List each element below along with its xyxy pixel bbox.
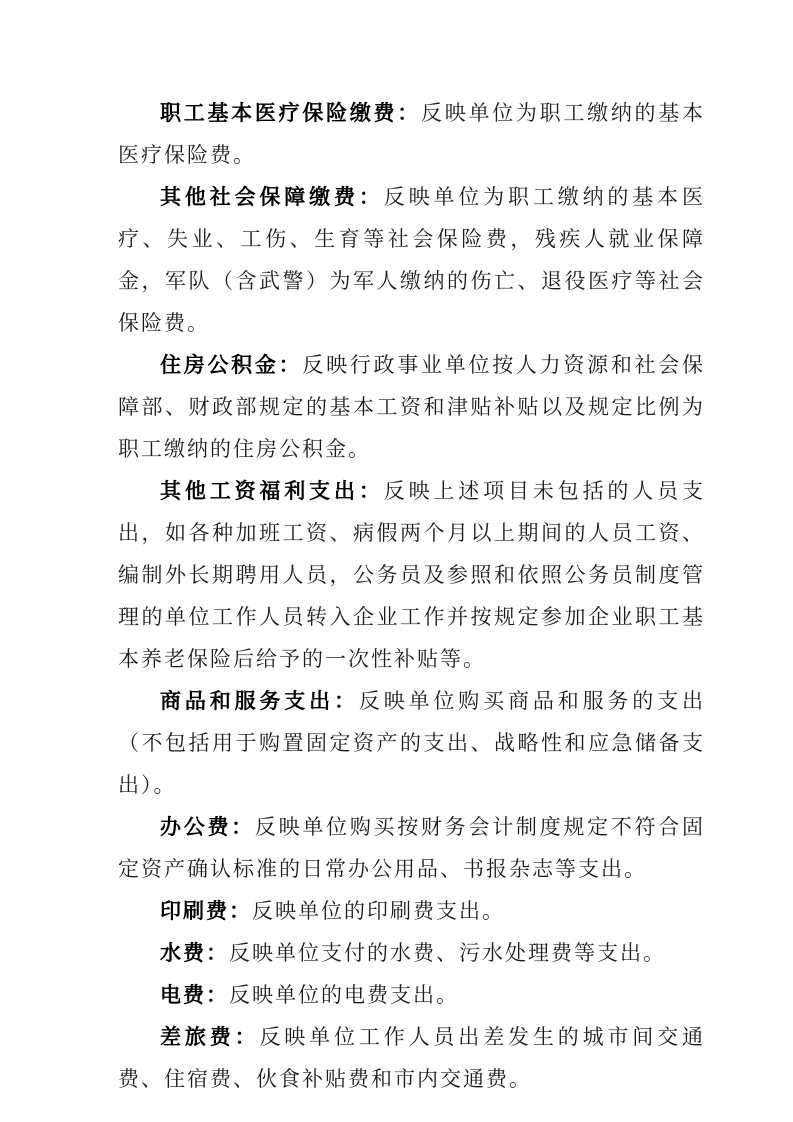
paragraph-electricity-fee: 电费：反映单位的电费支出。	[118, 974, 705, 1016]
paragraph-term: 水费：	[160, 941, 229, 965]
paragraph-other-social-security-contributions: 其他社会保障缴费：反映单位为职工缴纳的基本医疗、失业、工伤、生育等社会保险费，残…	[118, 176, 705, 344]
paragraph-term: 职工基本医疗保险缴费：	[160, 101, 421, 125]
paragraph-term: 其他工资福利支出：	[160, 479, 384, 503]
paragraph-water-fee: 水费：反映单位支付的水费、污水处理费等支出。	[118, 932, 705, 974]
paragraph-text: 反映上述项目未包括的人员支出，如各种加班工资、病假两个月以上期间的人员工资、编制…	[118, 479, 705, 671]
paragraph-term: 电费：	[160, 983, 229, 1007]
paragraph-text: 反映单位的印刷费支出。	[252, 899, 505, 923]
paragraph-text: 反映单位支付的水费、污水处理费等支出。	[229, 941, 666, 965]
paragraph-employee-basic-medical-insurance: 职工基本医疗保险缴费：反映单位为职工缴纳的基本医疗保险费。	[118, 92, 705, 176]
paragraph-term: 其他社会保障缴费：	[160, 185, 384, 209]
paragraph-other-wage-welfare-expenditure: 其他工资福利支出：反映上述项目未包括的人员支出，如各种加班工资、病假两个月以上期…	[118, 470, 705, 680]
document-page: 职工基本医疗保险缴费：反映单位为职工缴纳的基本医疗保险费。 其他社会保障缴费：反…	[0, 0, 793, 1122]
paragraph-office-expenses: 办公费：反映单位购买按财务会计制度规定不符合固定资产确认标准的日常办公用品、书报…	[118, 806, 705, 890]
paragraph-printing-fee: 印刷费：反映单位的印刷费支出。	[118, 890, 705, 932]
paragraph-term: 商品和服务支出：	[160, 689, 359, 713]
paragraph-term: 差旅费：	[160, 1025, 259, 1049]
paragraph-term: 住房公积金：	[160, 353, 302, 377]
paragraph-text: 反映单位的电费支出。	[229, 983, 459, 1007]
paragraph-term: 印刷费：	[160, 899, 252, 923]
paragraph-travel-expenses: 差旅费：反映单位工作人员出差发生的城市间交通费、住宿费、伙食补贴费和市内交通费。	[118, 1016, 705, 1100]
paragraph-goods-and-services-expenditure: 商品和服务支出：反映单位购买商品和服务的支出（不包括用于购置固定资产的支出、战略…	[118, 680, 705, 806]
paragraph-term: 办公费：	[160, 815, 255, 839]
paragraph-housing-provident-fund: 住房公积金：反映行政事业单位按人力资源和社会保障部、财政部规定的基本工资和津贴补…	[118, 344, 705, 470]
